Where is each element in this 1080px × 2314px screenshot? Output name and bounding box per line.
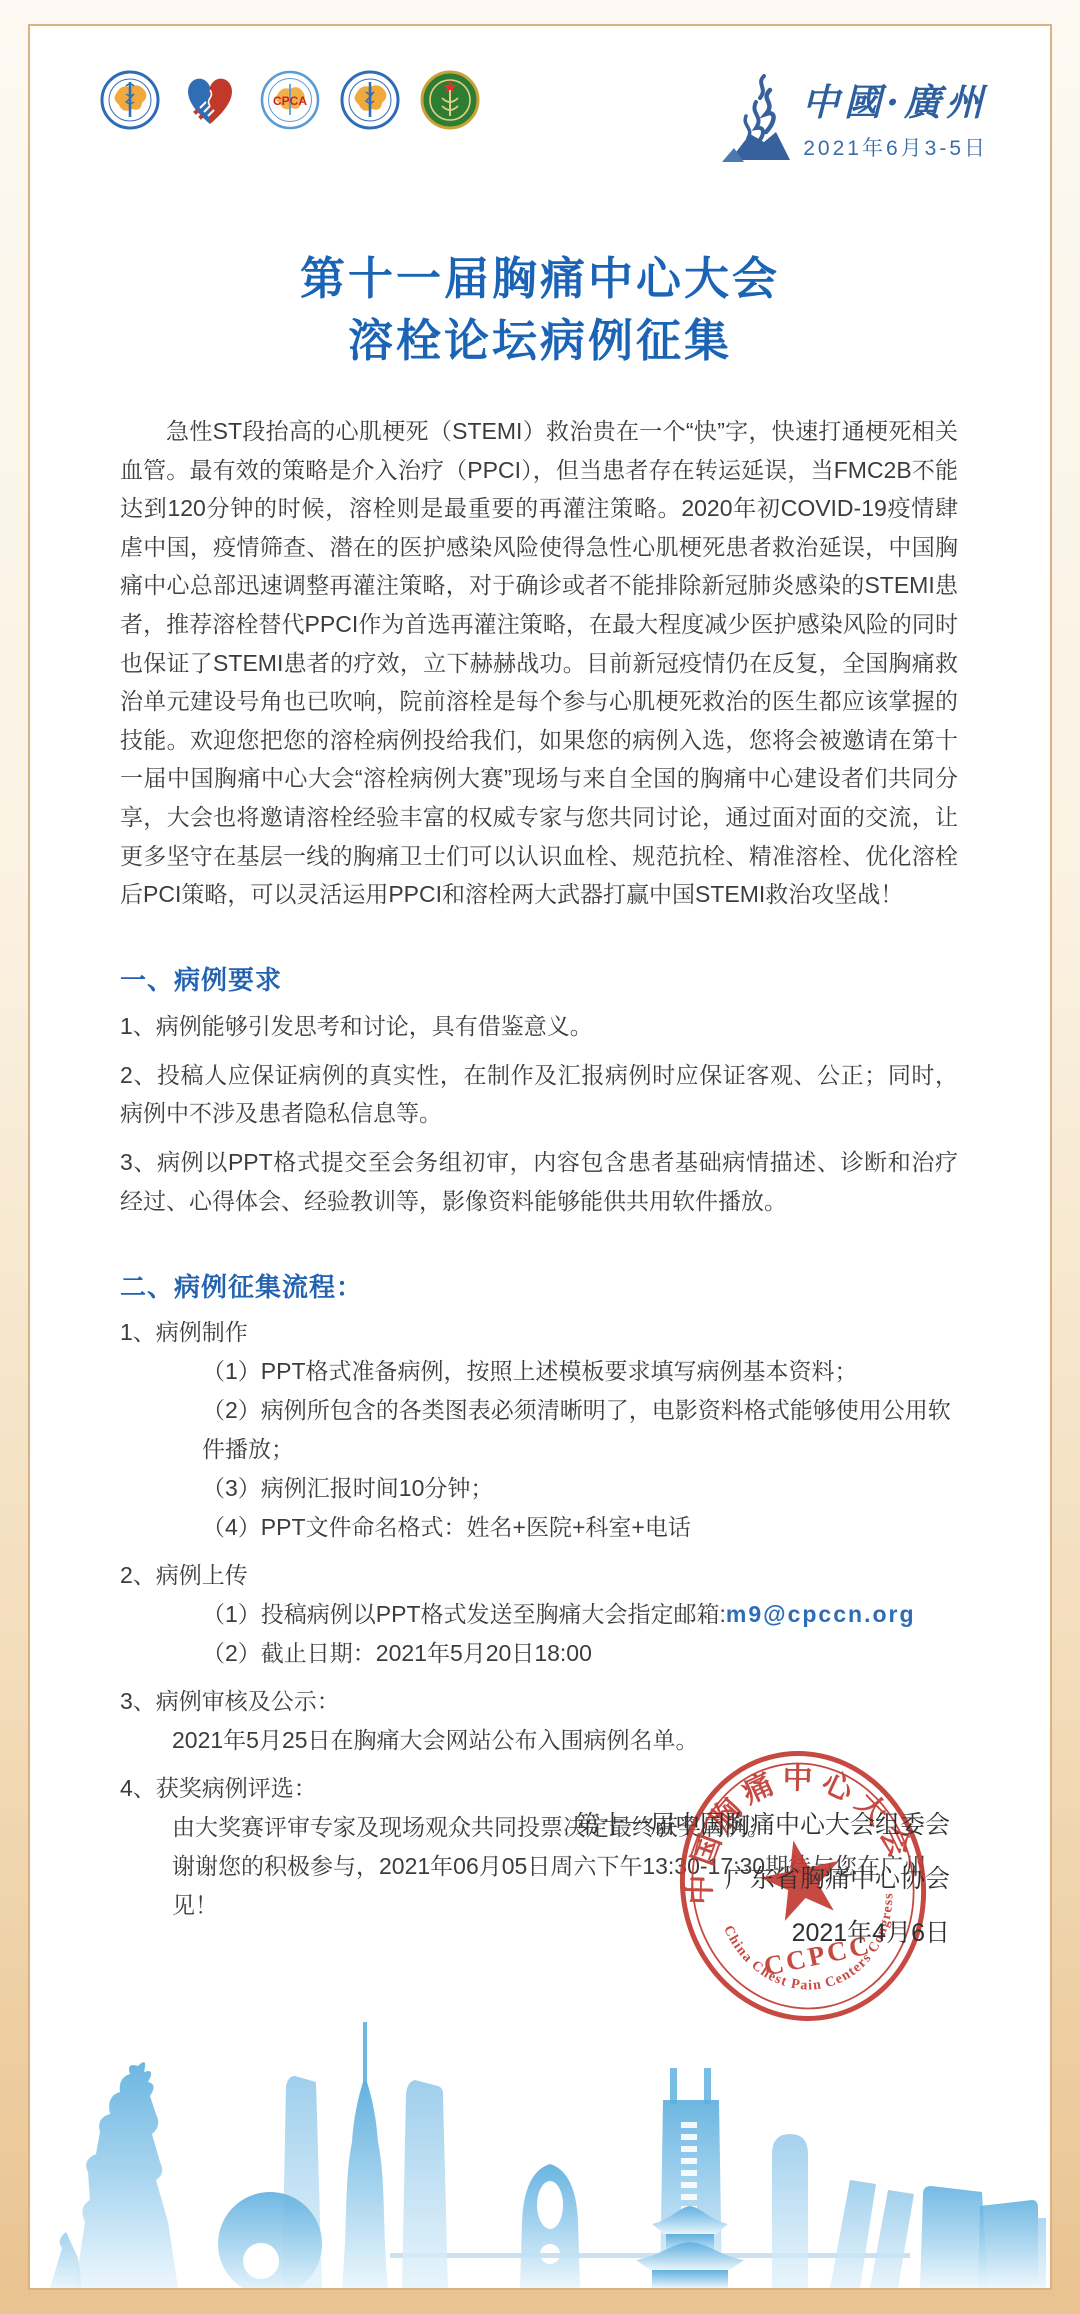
requirement-item: 3、病例以PPT格式提交至会务组初审，内容包含患者基础病情描述、诊断和治疗经过、… [120,1143,958,1221]
signature-block: 第十一届中国胸痛中心大会组委会 广东省胸痛中心协会 2021年4月6日 [575,1798,950,1960]
five-rams-statue [75,2062,178,2288]
requirements-list: 1、病例能够引发思考和讨论，具有借鉴意义。 2、投稿人应保证病例的真实性，在制作… [120,1007,958,1221]
right-block-1 [920,2186,988,2288]
pagoda-tower [636,2206,744,2288]
event-date: 2021年6月3-5日 [802,132,988,162]
poster-title-line2: 溶栓论坛病例征集 [30,310,1050,372]
event-mark: 中國·廣州 2021年6月3-5日 [720,72,988,164]
requirement-item: 2、投稿人应保证病例的真实性，在制作及汇报病例时应保证客观、公正；同时，病例中不… [120,1056,958,1134]
canton-tower [342,2022,388,2288]
process-step2-sub1: （1）投稿病例以PPT格式发送至胸痛大会指定邮箱:m9@cpccn.org [202,1595,958,1634]
cpca-logo: CPCA [260,70,320,130]
process-step1-sub1: （1）PPT格式准备病例，按照上述模板要求填写病例基本资料； [202,1352,958,1391]
section-requirements-heading: 一、病例要求 [120,960,958,997]
slab-tower [402,2080,448,2288]
submission-email-link[interactable]: m9@cpccn.org [726,1601,916,1627]
intro-paragraph: 急性ST段抬高的心肌梗死（STEMI）救治贵在一个“快”字，快速打通梗死相关血管… [120,412,958,914]
process-step3-label: 3、病例审核及公示： [120,1682,958,1721]
process-step1-sub3: （3）病例汇报时间10分钟； [202,1469,958,1508]
leaning-tower-2 [870,2190,914,2288]
cpca-letters: CPCA [273,94,307,108]
arch-pylon [520,2164,580,2288]
heart-hands-logo [180,70,240,130]
signature-association: 广东省胸痛中心协会 [575,1852,950,1906]
event-city: 中國·廣州 [802,72,988,126]
five-rams-calligraphy-icon [720,72,794,164]
partner-logo-row: CPCA [100,70,480,130]
chest-pain-center-headquarters-logo [340,70,400,130]
five-rams-rock [50,2232,82,2288]
event-text: 中國·廣州 2021年6月3-5日 [802,72,988,162]
china-chest-pain-center-alliance-logo [100,70,160,130]
poster-body: 急性ST段抬高的心肌梗死（STEMI）救治贵在一个“快”字，快速打通梗死相关血管… [30,412,1050,1925]
process-step1-label: 1、病例制作 [120,1313,958,1352]
leaning-tower-1 [830,2180,876,2288]
section-process-heading: 二、病例征集流程： [120,1267,958,1304]
signature-date: 2021年4月6日 [575,1906,950,1960]
requirement-item: 1、病例能够引发思考和讨论，具有借鉴意义。 [120,1007,958,1046]
poster-title-line1: 第十一届胸痛中心大会 [30,248,1050,310]
capsule-tower [772,2134,808,2288]
signature-organizer: 第十一届中国胸痛中心大会组委会 [575,1798,950,1852]
guangzhou-skyline-illustration [30,2022,1050,2288]
process-step1-sub4: （4）PPT文件命名格式：姓名+医院+科室+电话 [202,1508,958,1547]
poster-panel: CPCA [28,24,1052,2290]
poster-header: CPCA [30,26,1050,176]
process-step2-label: 2、病例上传 [120,1556,958,1595]
email-line-prefix: （1）投稿病例以PPT格式发送至胸痛大会指定邮箱: [202,1601,726,1627]
right-block-2 [978,2200,1038,2288]
poster-title: 第十一届胸痛中心大会 溶栓论坛病例征集 [30,248,1050,372]
process-step1-sub2: （2）病例所包含的各类图表必须清晰明了，电影资料格式能够使用公用软件播放； [202,1391,958,1469]
health-commission-emblem [420,70,480,130]
process-step2-sub2: （2）截止日期：2021年5月20日18:00 [202,1634,958,1673]
right-edge-strip [1038,2218,1046,2288]
